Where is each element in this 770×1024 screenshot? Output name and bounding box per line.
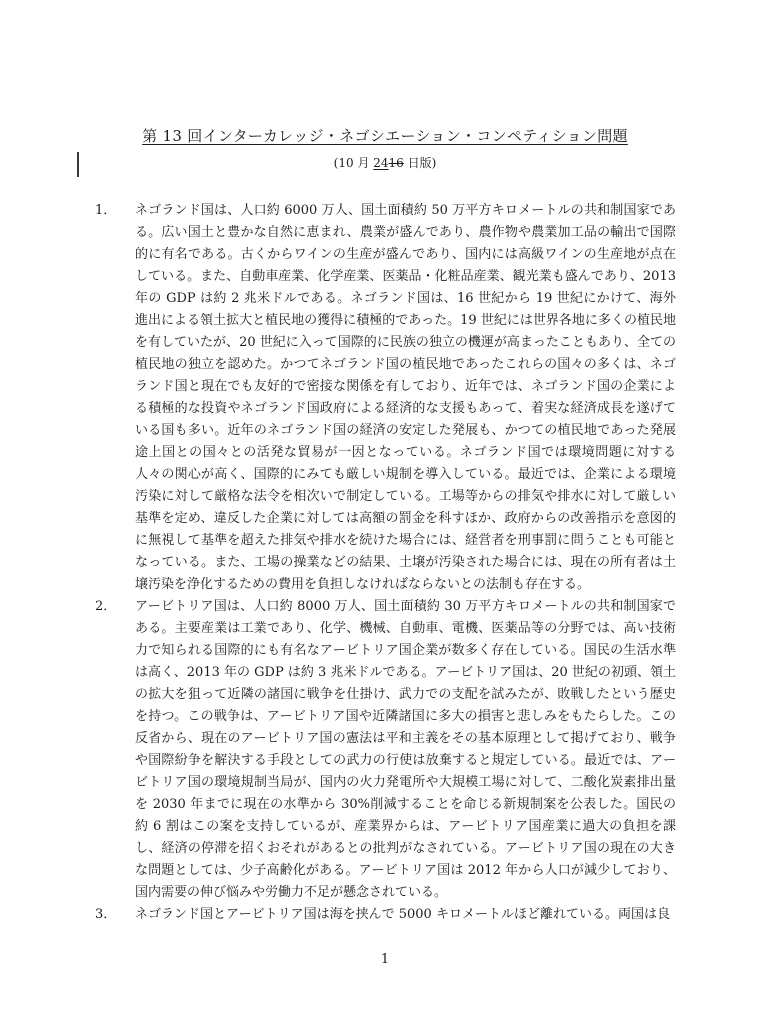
paragraph-text: ネゴランド国とアービトリア国は海を挟んで 5000 キロメートルほど離れている。…	[135, 904, 676, 926]
subtitle-suffix: 日版)	[404, 156, 437, 170]
subtitle-inserted-text: 24	[373, 156, 388, 170]
document-subtitle: (10 月 2416 日版)	[0, 155, 770, 171]
paragraph-text: ネゴランド国は、人口約 6000 万人、国土面積約 50 万平方キロメートルの共…	[135, 200, 676, 596]
paragraph-number: 2．	[95, 596, 135, 618]
revision-change-bar	[77, 152, 79, 177]
document-title-text: 第 13 回インターカレッジ・ネゴシエーション・コンペティション問題	[142, 127, 628, 145]
page-number: 1	[0, 952, 770, 968]
paragraph-item-3: 3． ネゴランド国とアービトリア国は海を挟んで 5000 キロメートルほど離れて…	[95, 904, 676, 926]
document-page: 第 13 回インターカレッジ・ネゴシエーション・コンペティション問題 (10 月…	[0, 0, 770, 1024]
paragraph-text: アービトリア国は、人口約 8000 万人、国土面積約 30 万平方キロメートルの…	[135, 596, 676, 904]
document-body: 1． ネゴランド国は、人口約 6000 万人、国土面積約 50 万平方キロメート…	[95, 200, 676, 926]
subtitle-prefix: (10 月	[334, 156, 374, 170]
paragraph-item-2: 2． アービトリア国は、人口約 8000 万人、国土面積約 30 万平方キロメー…	[95, 596, 676, 904]
document-title: 第 13 回インターカレッジ・ネゴシエーション・コンペティション問題	[0, 127, 770, 146]
paragraph-number: 3．	[95, 904, 135, 926]
paragraph-item-1: 1． ネゴランド国は、人口約 6000 万人、国土面積約 50 万平方キロメート…	[95, 200, 676, 596]
subtitle-deleted-text: 16	[389, 156, 404, 170]
paragraph-number: 1．	[95, 200, 135, 222]
